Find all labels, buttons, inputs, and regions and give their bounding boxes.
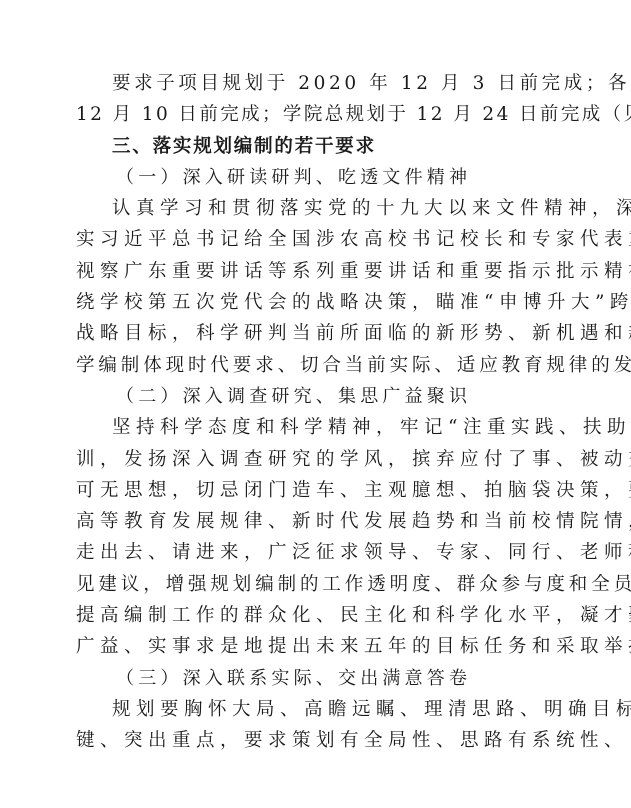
body-line: 广益、实事求是地提出未来五年的目标任务和采取举措。 xyxy=(76,631,572,662)
document-page: 要求子项目规划于 2020 年 12 月 3 日前完成；各类别规划于 12 月 … xyxy=(76,68,572,757)
body-line: 训，发扬深入调查研究的学风，摈弃应付了事、被动交差和可有 xyxy=(76,444,572,475)
body-line: 实习近平总书记给全国涉农高校书记校长和专家代表重要回信与 xyxy=(76,224,572,255)
body-line: 见建议，增强规划编制的工作透明度、群众参与度和全员认可度， xyxy=(76,569,572,600)
section-heading: 三、落实规划编制的若干要求 xyxy=(76,131,572,162)
body-line: 战略目标，科学研判当前所面临的新形势、新机遇和新挑战，科 xyxy=(76,318,572,349)
body-line: 可无思想，切忌闭门造车、主观臆想、拍脑袋决策，要准确把握 xyxy=(76,475,572,506)
subsection-title: （二）深入调查研究、集思广益聚识 xyxy=(76,381,572,412)
body-line: 视察广东重要讲话等系列重要讲话和重要指示批示精神，紧紧围 xyxy=(76,256,572,287)
body-line: 高等教育发展规律、新时代发展趋势和当前校情院情，不失时机 xyxy=(76,506,572,537)
body-line: 认真学习和贯彻落实党的十九大以来文件精神，深入贯彻落 xyxy=(76,193,572,224)
body-line: 坚持科学态度和科学精神，牢记“注重实践、扶助农工”校 xyxy=(76,412,572,443)
subsection-title: （三）深入联系实际、交出满意答卷 xyxy=(76,663,572,694)
body-line: 键、突出重点，要求策划有全局性、思路有系统性、目标有前瞻 xyxy=(76,725,572,756)
body-line: 12 月 10 日前完成；学院总规划于 12 月 24 日前完成（见附件 1）。 xyxy=(76,99,572,130)
body-line: 规划要胸怀大局、高瞻远瞩、理清思路、明确目标、抓住关 xyxy=(76,694,572,725)
body-line: 要求子项目规划于 2020 年 12 月 3 日前完成；各类别规划于 xyxy=(76,68,572,99)
body-line: 提高编制工作的群众化、民主化和科学化水平，凝才聚识、集思 xyxy=(76,600,572,631)
subsection-title: （一）深入研读研判、吃透文件精神 xyxy=(76,162,572,193)
body-line: 绕学校第五次党代会的战略决策，瞄准“申博升大”跨越式发展 xyxy=(76,287,572,318)
body-line: 走出去、请进来，广泛征求领导、专家、同行、老师和学生的意 xyxy=(76,537,572,568)
body-line: 学编制体现时代要求、切合当前实际、适应教育规律的发展规划。 xyxy=(76,350,572,381)
